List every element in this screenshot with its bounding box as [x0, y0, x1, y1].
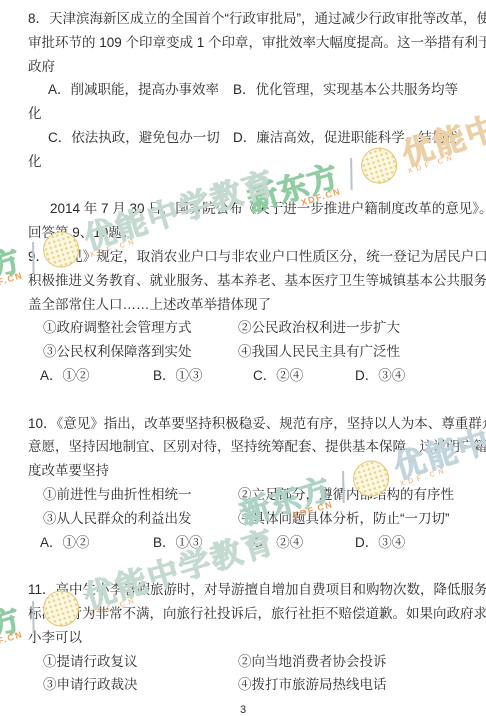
option-4: ④我国人民民主具有广泛性: [238, 340, 400, 364]
option-2: ②立足部分，遵循内部结构的有序性: [238, 483, 454, 507]
blank-line: [0, 174, 486, 198]
question-8-stem-line: 政府: [0, 55, 486, 79]
option-3: ③从人民群众的利益出发: [43, 507, 238, 531]
question-11-stem-line: 小李可以: [0, 626, 486, 650]
question-10-stem-line: 意愿，坚持因地制宜、区别对待，坚持统筹配套、提供基本保障。这说明户籍制: [0, 435, 486, 459]
option-4: ④具体问题具体分析，防止“一刀切”: [238, 507, 450, 531]
option-1: ①前进性与曲折性相统一: [43, 483, 238, 507]
answer-d: D．③④: [355, 364, 405, 388]
option-b: B．优化管理，实现基本公共服务均等: [233, 78, 458, 102]
question-8-stem-line: 8．天津滨海新区成立的全国首个“行政审批局”，通过减少行政审批等改革，使: [0, 7, 486, 31]
option-d-continuation: 化: [0, 150, 486, 174]
question-8-options-row: C．依法执政，避免包办一切 D．廉洁高效，促进职能科学、结构优: [0, 126, 486, 150]
answer-b: B．①③: [153, 364, 253, 388]
option-1: ①政府调整社会管理方式: [43, 316, 238, 340]
answer-d: D．③④: [355, 531, 405, 555]
intro-9-10: 2014 年 7 月 30 日，国务院公布《关于进一步推进户籍制度改革的意见》。…: [0, 197, 486, 245]
option-a: A．削减职能，提高办事效率: [48, 78, 233, 102]
question-10-stem-line: 10．《意见》指出，改革要坚持积极稳妥、规范有序，坚持以人为本、尊重群众: [0, 412, 486, 436]
option-3: ③申请行政裁决: [43, 673, 238, 697]
answer-c: C．②④: [253, 364, 355, 388]
question-11-stem-line: 标准的行为非常不满，向旅行社投诉后，旅行社拒不赔偿道歉。如果向政府求助，: [0, 602, 486, 626]
question-9-stem-line: 9．《意见》规定，取消农业户口与非农业户口性质区分，统一登记为居民户口，: [0, 245, 486, 269]
question-11-options-row: ①提请行政复议 ②向当地消费者协会投诉: [0, 650, 486, 674]
question-10-options-row: ③从人民群众的利益出发 ④具体问题具体分析，防止“一刀切”: [0, 507, 486, 531]
intro-line: 2014 年 7 月 30 日，国务院公布《关于进一步推进户籍制度改革的意见》。: [0, 197, 486, 221]
question-10-options-row: ①前进性与曲折性相统一 ②立足部分，遵循内部结构的有序性: [0, 483, 486, 507]
question-11-stem-line: 11．高中生小李暑假旅游时，对导游擅自增加自费项目和购物次数，降低服务: [0, 578, 486, 602]
answer-b: B．①③: [153, 531, 253, 555]
answer-a: A．①②: [40, 531, 153, 555]
question-11-options-row: ③申请行政裁决 ④拨打市旅游局热线电话: [0, 673, 486, 697]
exam-page: 8．天津滨海新区成立的全国首个“行政审批局”，通过减少行政审批等改革，使 审批环…: [0, 0, 486, 716]
question-10: 10．《意见》指出，改革要坚持积极稳妥、规范有序，坚持以人为本、尊重群众 意愿，…: [0, 412, 486, 555]
question-10-stem-line: 度改革要坚持: [0, 459, 486, 483]
blank-line: [0, 554, 486, 578]
option-2: ②向当地消费者协会投诉: [238, 650, 387, 674]
blank-line: [0, 388, 486, 412]
question-9: 9．《意见》规定，取消农业户口与非农业户口性质区分，统一登记为居民户口， 积极推…: [0, 245, 486, 388]
question-10-answer-row: A．①② B．①③ C．②④ D．③④: [0, 531, 486, 555]
question-9-answer-row: A．①② B．①③ C．②④ D．③④: [0, 364, 486, 388]
intro-line: 回答第 9、10题。: [0, 221, 486, 245]
option-4: ④拨打市旅游局热线电话: [238, 673, 387, 697]
option-b-continuation: 化: [0, 102, 486, 126]
question-11: 11．高中生小李暑假旅游时，对导游擅自增加自费项目和购物次数，降低服务 标准的行…: [0, 578, 486, 697]
option-3: ③公民权利保障落到实处: [43, 340, 238, 364]
question-8-options-row: A．削减职能，提高办事效率 B．优化管理，实现基本公共服务均等: [0, 78, 486, 102]
question-9-options-row: ①政府调整社会管理方式 ②公民政治权利进一步扩大: [0, 316, 486, 340]
question-9-options-row: ③公民权利保障落到实处 ④我国人民民主具有广泛性: [0, 340, 486, 364]
answer-c: C．②④: [253, 531, 355, 555]
option-c: C．依法执政，避免包办一切: [48, 126, 233, 150]
page-number: 3: [240, 704, 246, 716]
question-9-stem-line: 盖全部常住人口……上述改革举措体现了: [0, 293, 486, 317]
question-8: 8．天津滨海新区成立的全国首个“行政审批局”，通过减少行政审批等改革，使 审批环…: [0, 7, 486, 174]
option-d: D．廉洁高效，促进职能科学、结构优: [233, 126, 459, 150]
question-8-stem-line: 审批环节的 109 个印章变成 1 个印章，审批效率大幅度提高。这一举措有利于: [0, 31, 486, 55]
option-2: ②公民政治权利进一步扩大: [238, 316, 400, 340]
question-9-stem-line: 积极推进义务教育、就业服务、基本养老、基本医疗卫生等城镇基本公共服务覆: [0, 269, 486, 293]
option-1: ①提请行政复议: [43, 650, 238, 674]
answer-a: A．①②: [40, 364, 153, 388]
